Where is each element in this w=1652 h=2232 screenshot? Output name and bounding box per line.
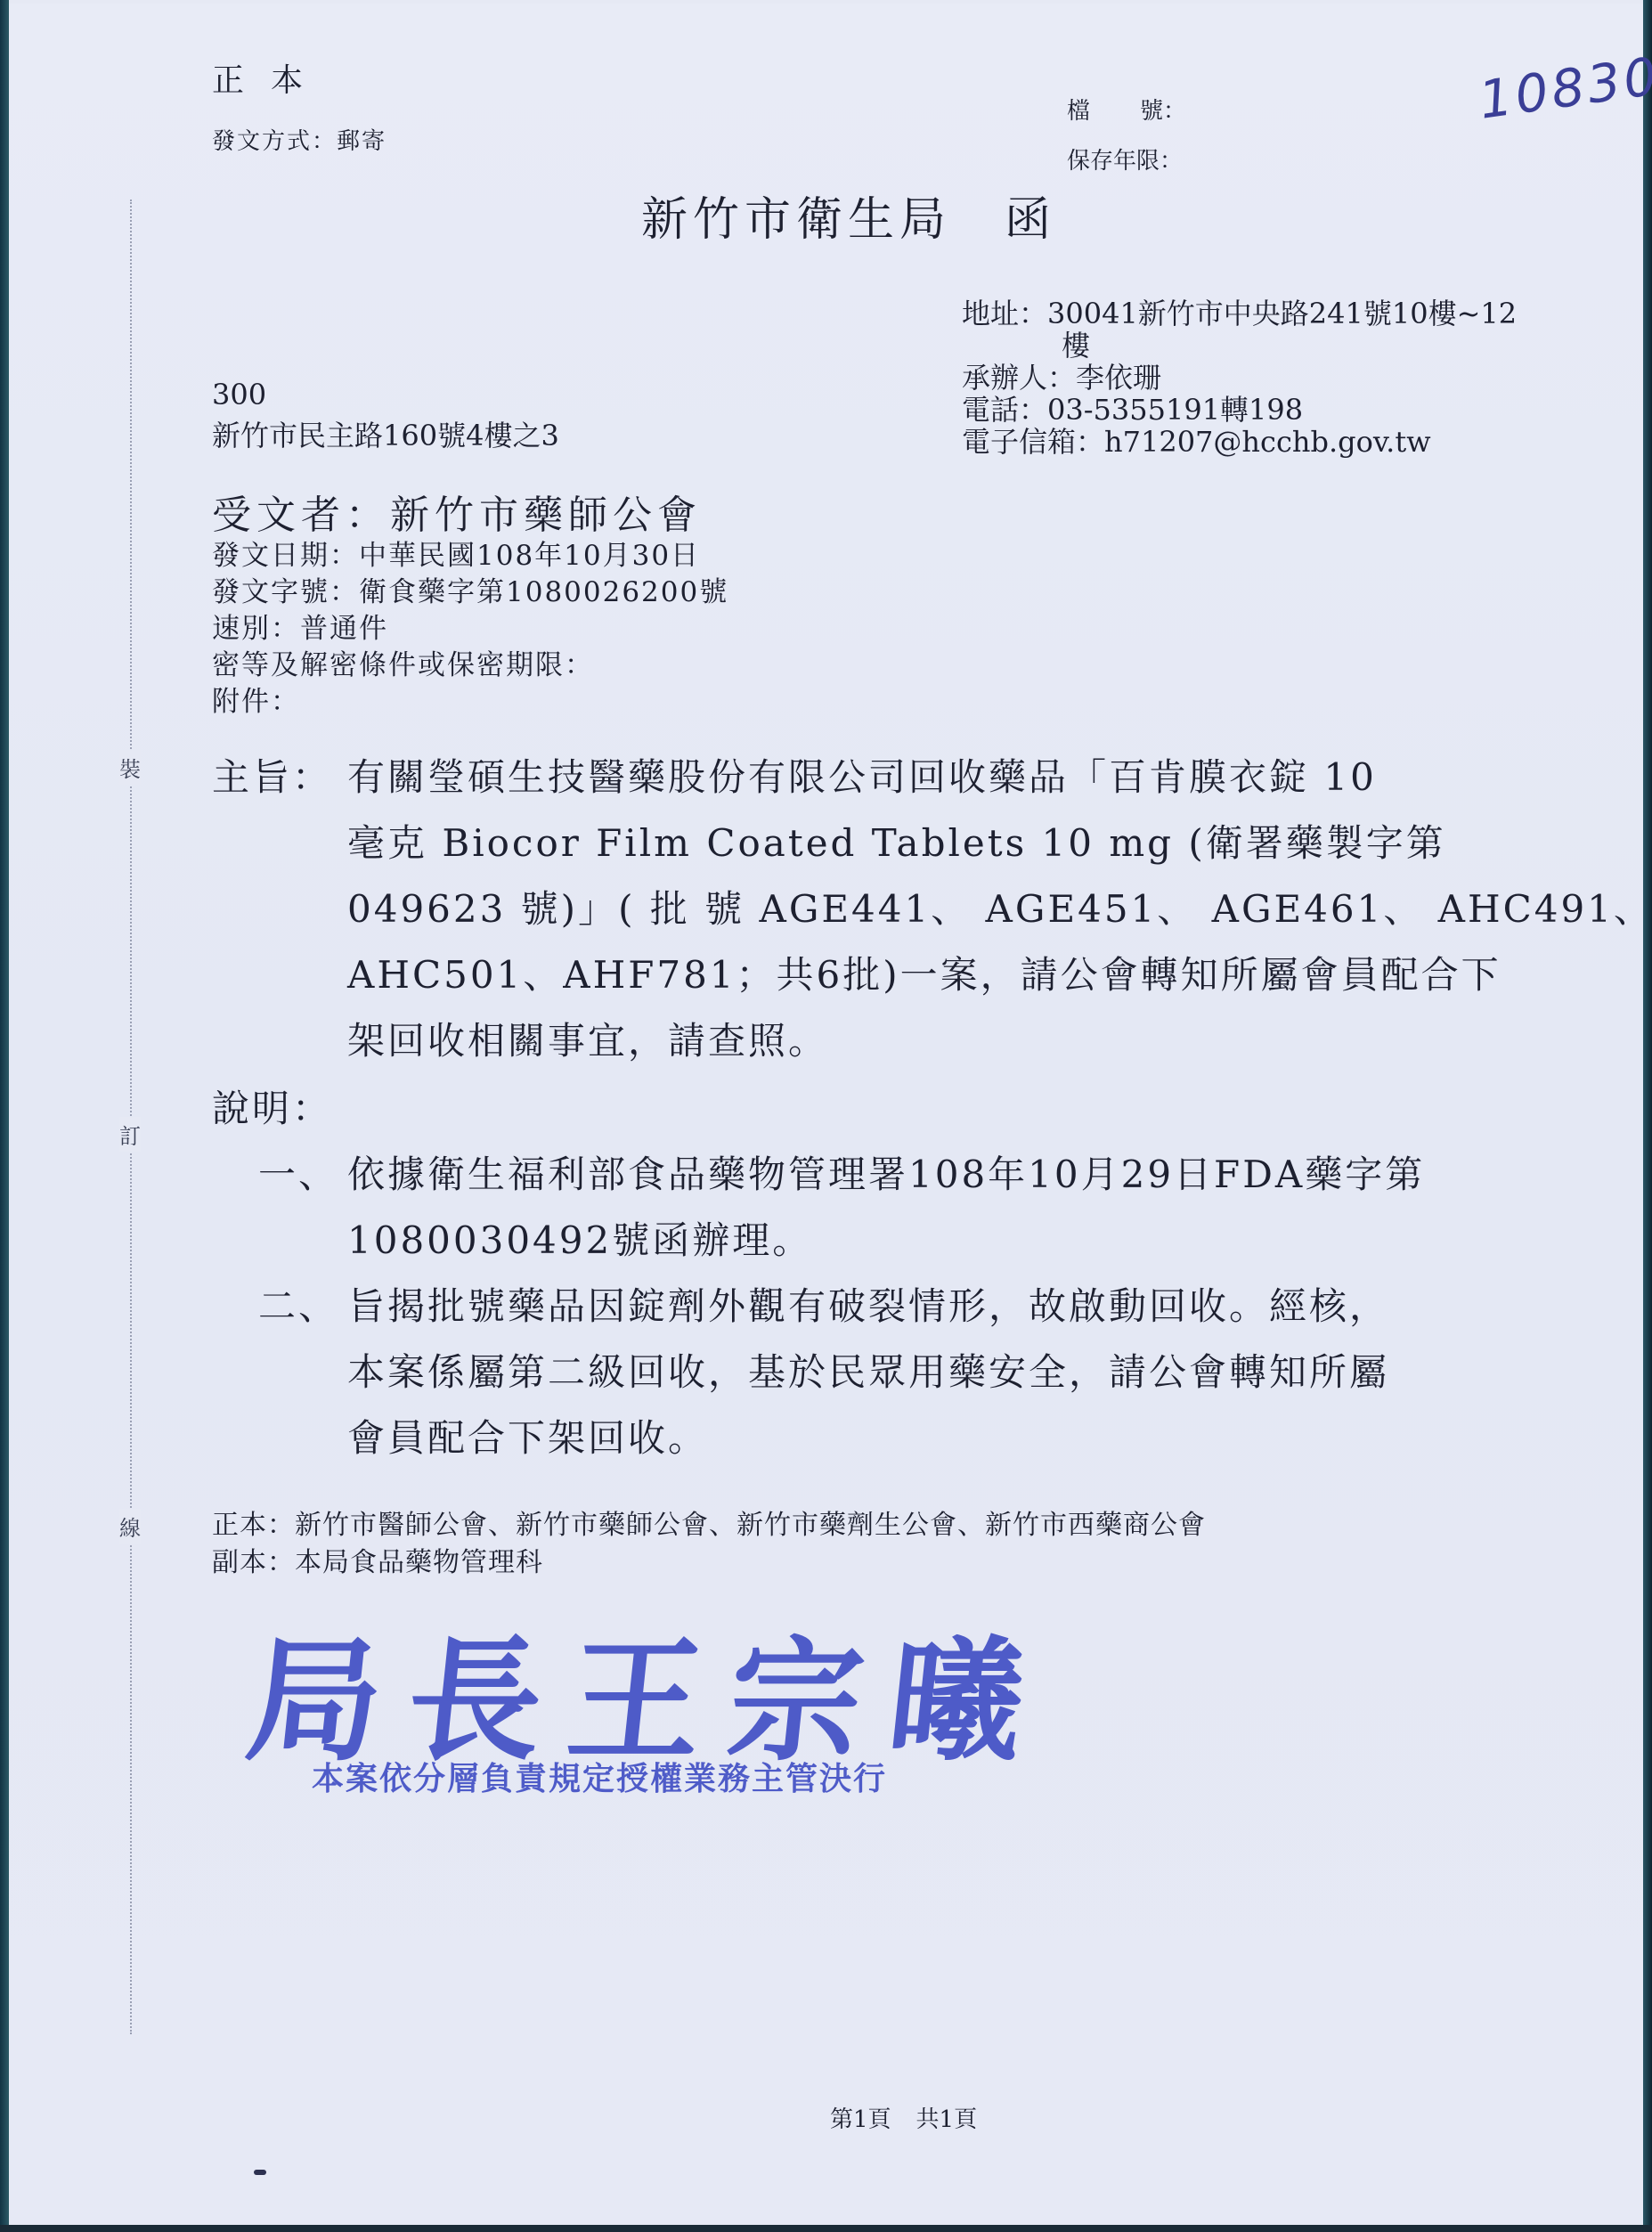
item-line: 依據衛生福利部食品藥物管理署108年10月29日FDA藥字第 [347, 1153, 1425, 1196]
send-method: 發文方式：郵寄 [212, 123, 387, 156]
binding-mark-xian: 線 [119, 1509, 141, 1544]
sender-address: 地址：30041新竹市中央路241號10樓~12 [962, 297, 1517, 330]
handwritten-note: 108300 [1475, 40, 1652, 130]
explanation-label: 說明： [212, 1076, 332, 1142]
page-total: 共1頁 [916, 2106, 978, 2133]
recipient: 受文者：新竹市藥師公會 [212, 483, 702, 540]
issue-date: 發文日期：中華民國108年10月30日 [212, 538, 728, 574]
confidentiality: 密等及解密條件或保密期限： [212, 648, 728, 684]
file-number-label: 檔 [1067, 98, 1090, 125]
item-number: 二、 [258, 1274, 347, 1340]
doc-type: 函 [1005, 193, 1056, 247]
sender-address-cont: 樓 [962, 330, 1517, 362]
subject-line: 049623 號)」( 批 號 AGE441、 AGE451、 AGE461、 … [212, 876, 1652, 942]
document-page: 裝 訂 線 正本 發文方式：郵寄 檔號： 保存年限： 108300 新竹市衛生局… [9, 4, 1643, 2223]
subject-section: 主旨：有關瑩碩生技醫藥股份有限公司回收藥品「百肯膜衣錠 10 毫克 Biocor… [212, 745, 1652, 1074]
ink-speck [254, 2170, 266, 2175]
subject-label: 主旨： [212, 745, 347, 811]
subject-line: 有關瑩碩生技醫藥股份有限公司回收藥品「百肯膜衣錠 10 [347, 755, 1377, 799]
handler: 承辦人：李依珊 [962, 362, 1517, 394]
file-number-field: 檔號： [1067, 93, 1186, 126]
retention-period-field: 保存年限： [1067, 143, 1183, 175]
urgency: 速別：普通件 [212, 611, 728, 648]
file-number-label-suffix: 號： [1140, 98, 1186, 125]
original-recipients: 正本：新竹市醫師公會、新竹市藥師公會、新竹市藥劑生公會、新竹市西藥商公會 [212, 1507, 1206, 1544]
binding-mark-zhuang: 裝 [119, 750, 141, 785]
copy-recipients: 副本：本局食品藥物管理科 [212, 1544, 1206, 1582]
item-line: 1080030492號函辦理。 [258, 1208, 1425, 1274]
copy-label: 正本 [212, 55, 330, 101]
item-line: 本案係屬第二級回收，基於民眾用藥安全，請公會轉知所屬 [258, 1340, 1425, 1405]
delegation-stamp-note: 本案依分層負責規定授權業務主管決行 [312, 1754, 887, 1799]
page-current: 第1頁 [830, 2106, 891, 2133]
subject-line: 毫克 Biocor Film Coated Tablets 10 mg (衛署藥… [212, 811, 1652, 876]
sender-contact-block: 地址：30041新竹市中央路241號10樓~12 樓 承辦人：李依珊 電話：03… [962, 297, 1517, 458]
attachments: 附件： [212, 684, 728, 721]
explanation-items: 一、依據衛生福利部食品藥物管理署108年10月29日FDA藥字第 1080030… [258, 1142, 1425, 1471]
document-meta: 發文日期：中華民國108年10月30日 發文字號：衛食藥字第1080026200… [212, 538, 728, 721]
item-number: 一、 [258, 1142, 347, 1208]
explanation-item-1: 一、依據衛生福利部食品藥物管理署108年10月29日FDA藥字第 1080030… [258, 1142, 1425, 1274]
binding-mark-ding: 訂 [119, 1117, 141, 1152]
page-indicator: 第1頁共1頁 [830, 2101, 977, 2134]
document-number: 發文字號：衛食藥字第1080026200號 [212, 574, 728, 611]
agency-name: 新竹市衛生局 [641, 193, 951, 247]
item-line: 會員配合下架回收。 [258, 1405, 1425, 1471]
page-title: 新竹市衛生局函 [641, 182, 1056, 248]
photo-background-right [1643, 0, 1652, 2232]
recipient-zip: 300 [212, 378, 266, 411]
item-line: 旨揭批號藥品因錠劑外觀有破裂情形，故啟動回收。經核， [347, 1284, 1389, 1328]
recipient-address: 新竹市民主路160號4樓之3 [212, 413, 559, 454]
photo-background-bottom [0, 2225, 1652, 2232]
subject-line: AHC501、AHF781；共6批)一案，請公會轉知所屬會員配合下 [212, 942, 1652, 1008]
phone: 電話：03-5355191轉198 [962, 394, 1517, 426]
photo-background-left [0, 0, 9, 2232]
subject-line: 架回收相關事宜，請查照。 [212, 1008, 1652, 1074]
explanation-item-2: 二、旨揭批號藥品因錠劑外觀有破裂情形，故啟動回收。經核， 本案係屬第二級回收，基… [258, 1274, 1425, 1471]
distribution-list: 正本：新竹市醫師公會、新竹市藥師公會、新竹市藥劑生公會、新竹市西藥商公會 副本：… [212, 1507, 1206, 1582]
email: 電子信箱：h71207@hcchb.gov.tw [962, 426, 1517, 458]
